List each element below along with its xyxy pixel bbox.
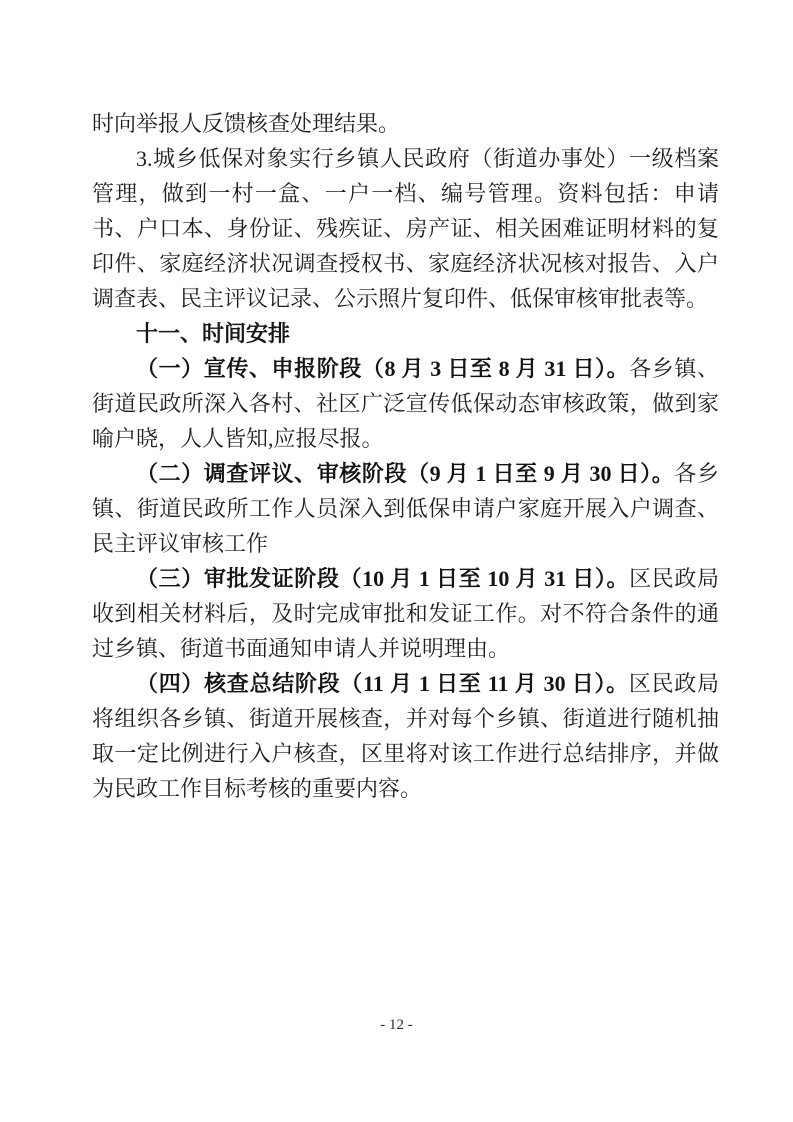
paragraph-archive-management: 3.城乡低保对象实行乡镇人民政府（街道办事处）一级档案管理，做到一村一盒、一户一… [92, 141, 719, 316]
stage-1-heading: （一）宣传、申报阶段（8 月 3 日至 8 月 31 日）。 [136, 356, 629, 381]
stage-paragraph-2: （二）调查评议、审核阶段（9 月 1 日至 9 月 30 日）。各乡镇、街道民政… [92, 456, 719, 561]
stage-3-heading: （三）审批发证阶段（10 月 1 日至 10 月 31 日）。 [136, 566, 629, 591]
stage-2-heading: （二）调查评议、审核阶段（9 月 1 日至 9 月 30 日）。 [136, 461, 674, 486]
stage-4-heading: （四）核查总结阶段（11 月 1 日至 11 月 30 日）。 [136, 671, 629, 696]
page-number: - 12 - [0, 1016, 793, 1034]
document-content: 时向举报人反馈核查处理结果。 3.城乡低保对象实行乡镇人民政府（街道办事处）一级… [92, 106, 719, 806]
stage-paragraph-1: （一）宣传、申报阶段（8 月 3 日至 8 月 31 日）。各乡镇、街道民政所深… [92, 351, 719, 456]
section-heading-time-schedule: 十一、时间安排 [92, 316, 719, 351]
paragraph-intro-continuation: 时向举报人反馈核查处理结果。 [92, 106, 719, 141]
stage-paragraph-4: （四）核查总结阶段（11 月 1 日至 11 月 30 日）。区民政局将组织各乡… [92, 666, 719, 806]
document-page: 时向举报人反馈核查处理结果。 3.城乡低保对象实行乡镇人民政府（街道办事处）一级… [0, 0, 793, 1122]
stage-paragraph-3: （三）审批发证阶段（10 月 1 日至 10 月 31 日）。区民政局收到相关材… [92, 561, 719, 666]
